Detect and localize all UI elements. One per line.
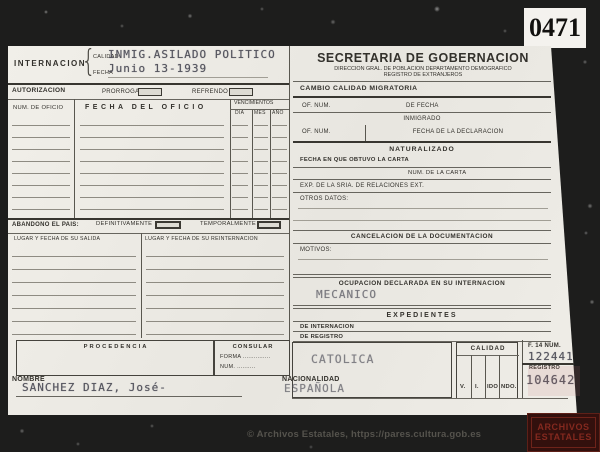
ruled-lines xyxy=(254,114,268,218)
ocupacion-value: MECANICO xyxy=(316,289,377,300)
of-num2-label: OF. NUM. xyxy=(302,129,331,135)
definitivamente-label: DEFINITIVAMENTE xyxy=(96,222,152,228)
hline xyxy=(292,398,568,399)
nacionalidad-value: ESPAÑOLA xyxy=(284,383,345,394)
calidad-table: CALIDAD V. I. IDO NDO. xyxy=(456,342,518,398)
hline xyxy=(8,83,289,85)
internacion-label: INTERNACION xyxy=(14,60,86,68)
num-oficio-header: NUM. DE OFICIO xyxy=(13,106,63,112)
hline xyxy=(298,208,548,209)
column-divider xyxy=(289,46,290,340)
salida-header: LUGAR Y FECHA DE SU SALIDA xyxy=(14,237,100,242)
hline xyxy=(293,192,551,193)
hline xyxy=(293,305,551,306)
hline xyxy=(293,277,551,278)
archivos-estatales-stamp: ARCHIVOS ESTATALES xyxy=(527,413,600,452)
motivos-label: MOTIVOS: xyxy=(300,247,332,253)
de-registro-label: DE REGISTRO xyxy=(300,335,343,341)
exp-sria-label: EXP. DE LA SRIA. DE RELACIONES EXT. xyxy=(300,183,424,189)
otros-datos-label: OTROS DATOS: xyxy=(300,196,348,202)
refrendo-checkbox xyxy=(229,88,253,96)
hline xyxy=(293,308,551,309)
hline xyxy=(108,77,268,78)
ruled-lines xyxy=(12,114,70,218)
hline xyxy=(293,331,551,332)
stamp-text-line1: ARCHIVOS xyxy=(537,423,589,432)
refrendo-label: REFRENDO xyxy=(192,89,228,95)
autorizacion-label: AUTORIZACION xyxy=(12,88,65,95)
scanned-document-page: 0471 INTERNACION { CALIDAD FECHA INMIG.A… xyxy=(0,0,600,452)
fecha-oficio-header: FECHA DEL OFICIO xyxy=(85,104,207,111)
fecha-value: Junio 13-1939 xyxy=(108,63,207,74)
hline xyxy=(298,259,548,260)
calidad-col-ido: IDO xyxy=(487,385,498,391)
ruled-lines xyxy=(12,244,136,336)
registration-card: INTERNACION { CALIDAD FECHA INMIG.ASILAD… xyxy=(8,46,578,415)
prorroga-checkbox xyxy=(138,88,162,96)
folio-number-box: 0471 xyxy=(524,8,586,48)
forma-label: FORMA ............... xyxy=(220,355,270,361)
num-carta-label: NUM. DE LA CARTA xyxy=(408,171,466,177)
folio-number: 0471 xyxy=(529,13,581,43)
hline xyxy=(8,233,289,234)
fecha-carta-label: FECHA EN QUE OBTUVO LA CARTA xyxy=(300,158,409,164)
cancelacion-header: CANCELACION DE LA DOCUMENTACION xyxy=(293,234,551,240)
expedientes-header: EXPEDIENTES xyxy=(293,312,551,319)
vline xyxy=(485,355,486,399)
consular-box: CONSULAR FORMA ............... NUM. ....… xyxy=(214,340,290,376)
hline xyxy=(293,179,551,180)
hline xyxy=(8,218,289,220)
ruled-lines xyxy=(146,244,284,336)
vencimientos-header: VENCIMIENTOS xyxy=(234,101,273,106)
hline xyxy=(293,112,551,113)
calidad-col-i: I. xyxy=(475,385,479,391)
hline xyxy=(457,355,519,356)
temporalmente-label: TEMPORALMENTE xyxy=(200,222,256,228)
vline xyxy=(365,125,366,141)
ruled-lines xyxy=(272,114,287,218)
secretaria-title: SECRETARIA DE GOBERNACION xyxy=(295,52,551,65)
archive-credit: © Archivos Estatales, https://pares.cult… xyxy=(247,429,481,440)
cambio-calidad-header: CAMBIO CALIDAD MIGRATORIA xyxy=(300,86,418,93)
de-fecha-label: DE FECHA xyxy=(406,103,439,109)
calidad-col-ndo: NDO. xyxy=(501,385,517,391)
f14-value: 122441 xyxy=(528,351,574,362)
calidad-col-v: V. xyxy=(460,385,466,391)
naturalizado-header: NATURALIZADO xyxy=(293,147,551,154)
vline xyxy=(141,233,142,338)
de-internacion-label: DE INTERNACION xyxy=(300,325,354,331)
inmigrado-header: INMIGRADO xyxy=(293,116,551,122)
definitivamente-checkbox xyxy=(155,221,181,229)
hline xyxy=(293,96,551,98)
procedencia-box: PROCEDENCIA xyxy=(16,340,214,376)
hline xyxy=(293,243,551,244)
nombre-value: SANCHEZ DIAZ, José- xyxy=(22,382,167,393)
hline xyxy=(293,230,551,231)
ruled-lines xyxy=(80,114,224,218)
hline xyxy=(16,396,242,397)
stamp-text-line2: ESTATALES xyxy=(535,433,592,442)
ocupacion-header: OCUPACION DECLARADA EN SU INTERNACION xyxy=(293,281,551,287)
vline xyxy=(270,109,271,218)
vline xyxy=(230,99,231,218)
vline xyxy=(252,109,253,218)
registro-subtitle: REGISTRO DE EXTRANJEROS xyxy=(295,73,551,78)
hline xyxy=(293,167,551,168)
hline xyxy=(293,321,551,322)
ruled-lines xyxy=(232,114,248,218)
num-label: NUM. .......... xyxy=(220,365,255,371)
stamp-inner-border: ARCHIVOS ESTATALES xyxy=(531,417,596,448)
hline xyxy=(293,274,551,275)
hline xyxy=(293,81,551,82)
calidad-value: INMIG.ASILADO POLITICO xyxy=(108,49,276,60)
hline xyxy=(293,220,551,221)
abandono-label: ABANDONO EL PAIS: xyxy=(12,222,79,228)
vline xyxy=(522,340,523,398)
prorroga-label: PRORROGA xyxy=(102,89,139,95)
calidad-title: CALIDAD xyxy=(457,346,519,352)
hline xyxy=(293,141,551,143)
vline xyxy=(471,355,472,399)
temporalmente-checkbox xyxy=(257,221,281,229)
procedencia-label: PROCEDENCIA xyxy=(17,345,215,351)
consular-label: CONSULAR xyxy=(215,345,291,351)
vline xyxy=(74,99,75,218)
stamp-bleed xyxy=(528,366,580,396)
reinternacion-header: LUGAR Y FECHA DE SU REINTERNACION xyxy=(145,237,258,242)
vline xyxy=(499,355,500,399)
f14-label: F. 14 NUM. xyxy=(528,343,561,349)
fecha-declaracion-label: FECHA DE LA DECLARACION xyxy=(368,129,548,135)
of-num-label: OF. NUM. xyxy=(302,103,331,109)
religion-value: CATOLICA xyxy=(311,354,374,366)
